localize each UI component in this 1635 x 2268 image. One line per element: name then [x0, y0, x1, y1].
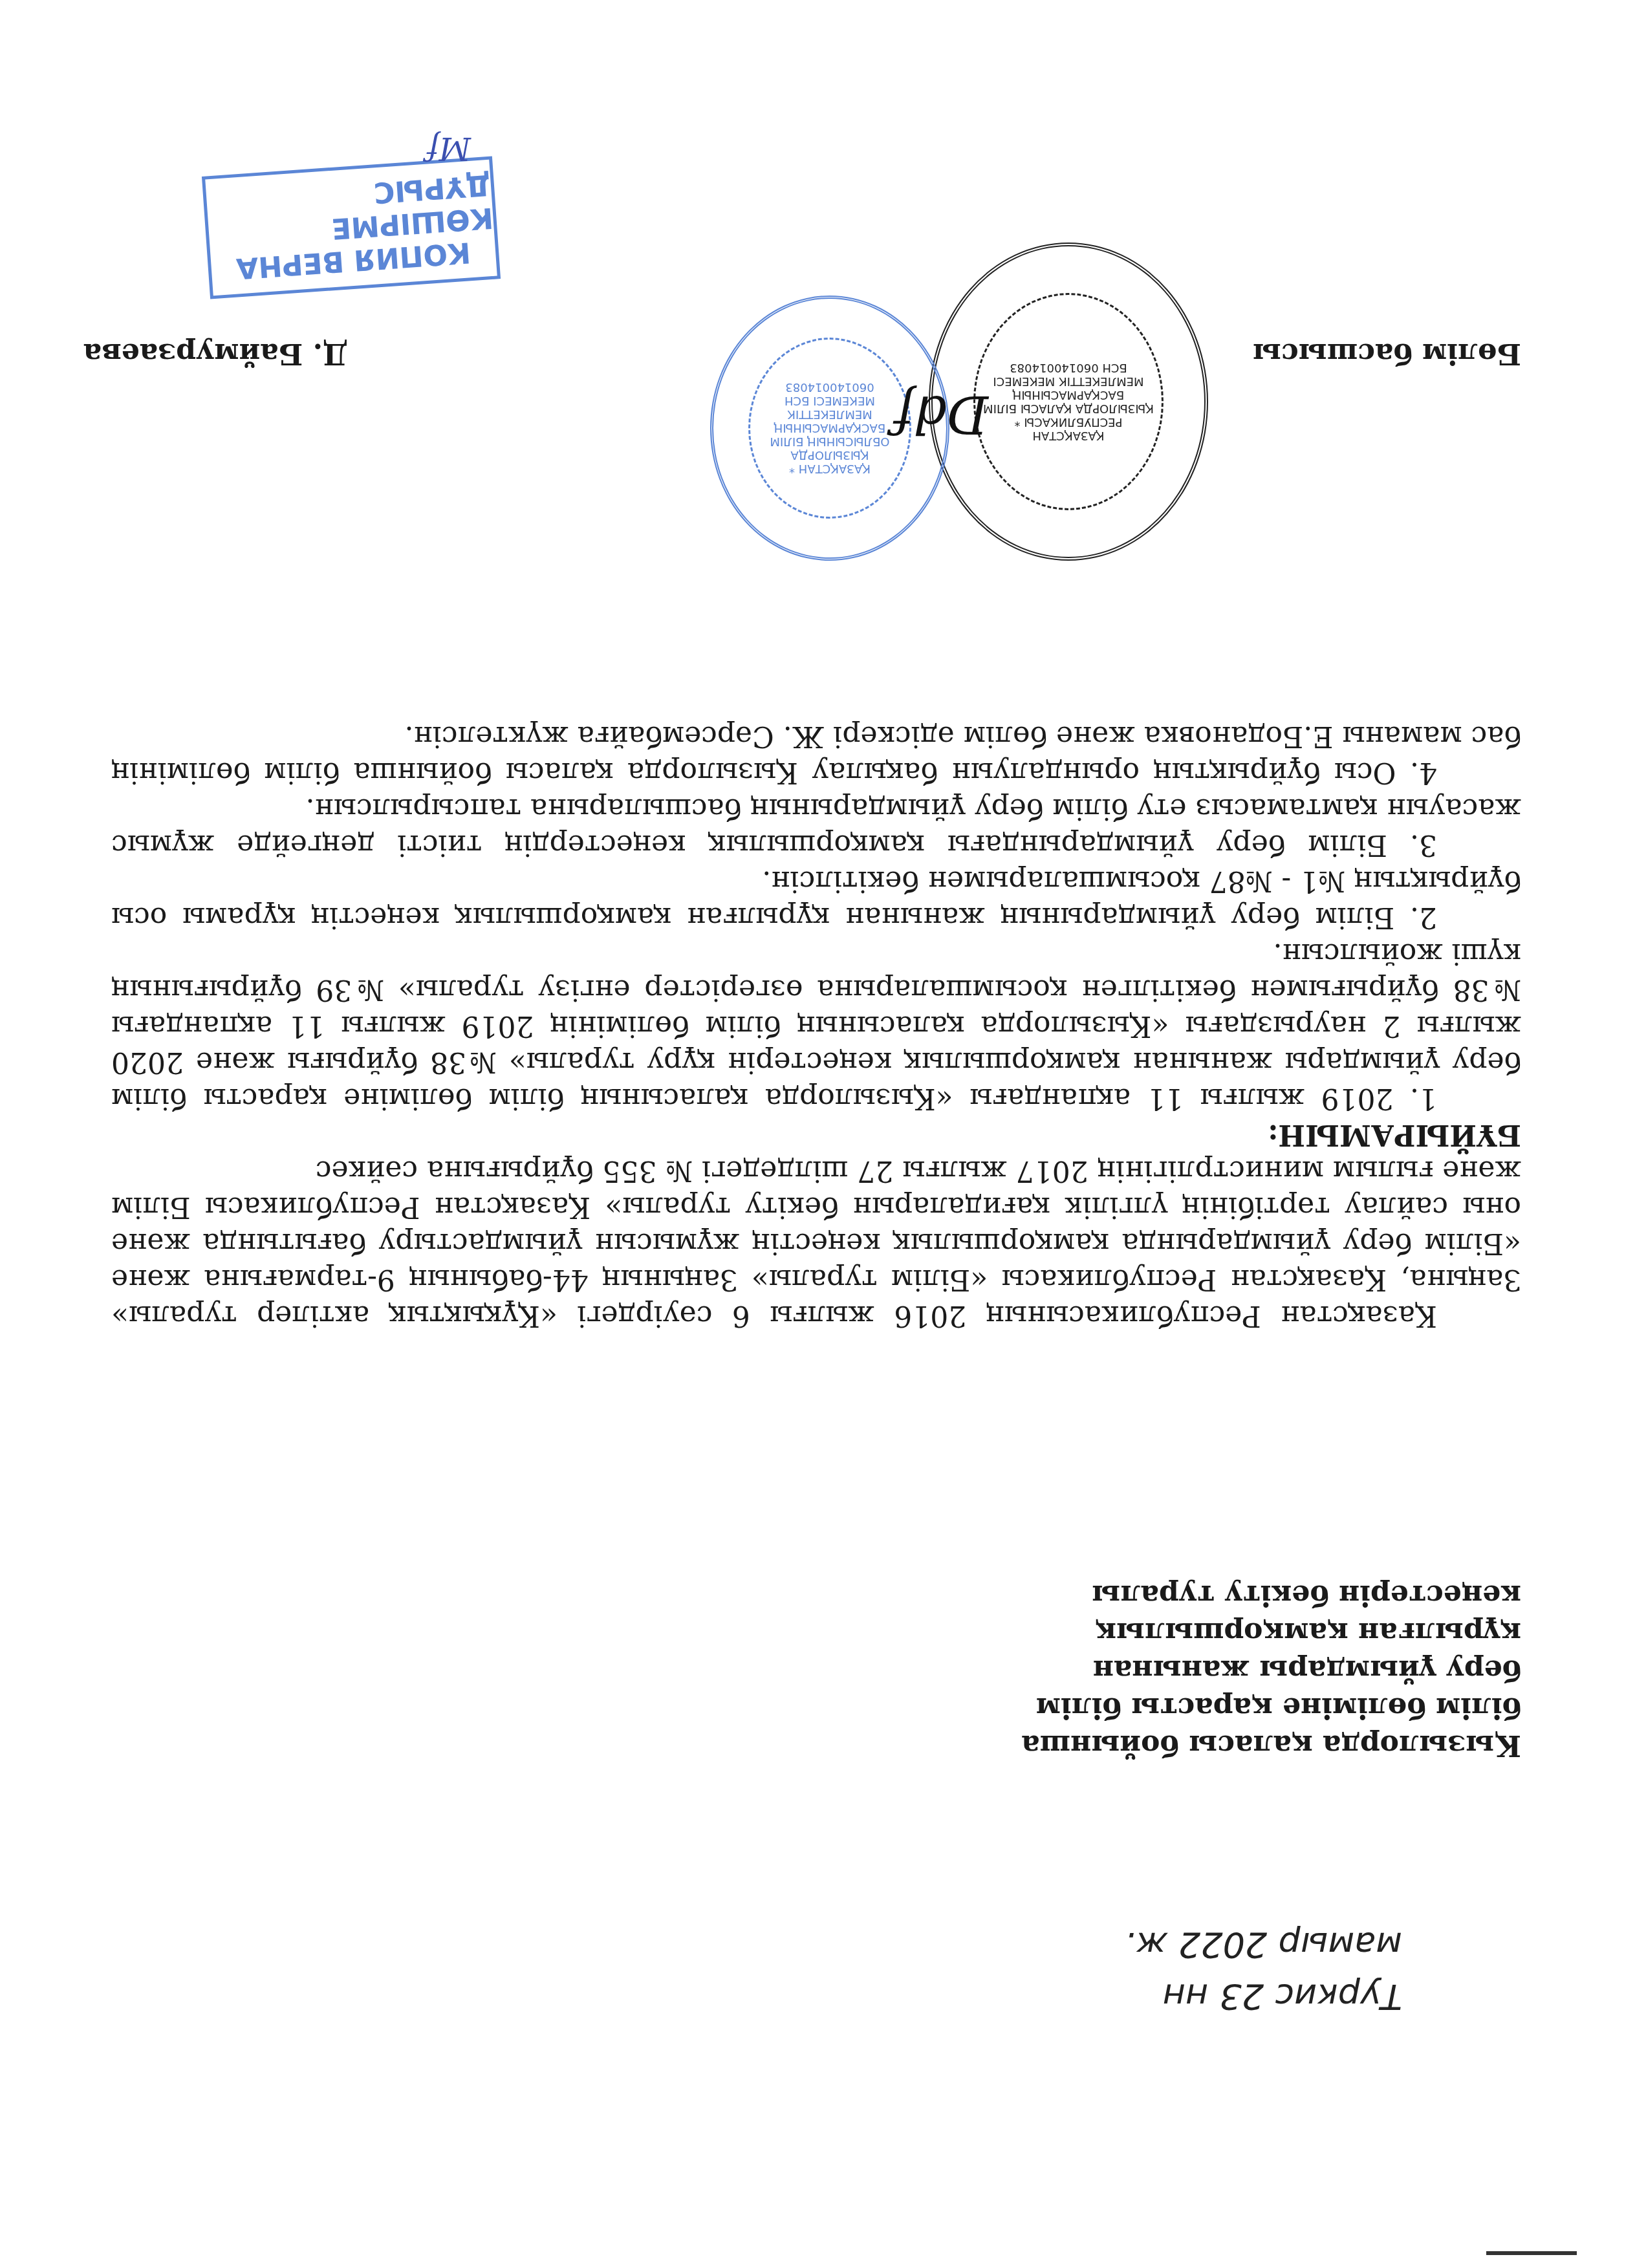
copy-verified-stamp: КОПИЯ ВЕРНА КӨШІРМЕ ДҰРЫС — [202, 157, 501, 299]
document-title: Қызылорда қаласы бойынша білім бөліміне … — [1068, 1576, 1521, 1764]
order-item-2: 2. Білім беру ұйымдарының жанынан құрылғ… — [111, 863, 1521, 935]
signatory-position: Бөлім басшысы — [1253, 337, 1521, 370]
handwritten-note: Туркис 23 нн мамыр 2022 ж. — [949, 1919, 1402, 2022]
seal-text: ҚАЗАҚСТАН РЕСПУБЛИКАСЫ * ҚЫЗЫЛОРДА ҚАЛАС… — [982, 361, 1155, 442]
title-line: білім бөліміне қарасты білім — [1068, 1689, 1521, 1726]
preamble-paragraph: Қазақстан Республикасының 2016 жылғы 6 с… — [111, 1152, 1521, 1334]
scan-edge-mark — [1486, 2251, 1577, 2255]
title-line: кеңестерін бекіту туралы — [1068, 1576, 1521, 1614]
seal-emblem-icon: ҚАЗАҚСТАН РЕСПУБЛИКАСЫ * ҚЫЗЫЛОРДА ҚАЛАС… — [973, 293, 1164, 510]
certifier-signature: Mf — [428, 130, 471, 166]
order-item-1: 1. 2019 жылғы 11 ақпандағы «Қызылорда қа… — [111, 935, 1521, 1116]
title-line: құрылған қамқоршылық — [1068, 1614, 1521, 1651]
title-line: Қызылорда қаласы бойынша — [1068, 1726, 1521, 1764]
handwritten-line-1: Туркис 23 нн — [949, 1971, 1402, 2022]
seal-text: ҚАЗАҚСТАН * ҚЫЗЫЛОРДА ОБЛЫСЫНЫҢ БІЛІМ БА… — [757, 381, 903, 476]
decree-heading: БҰЙЫРАМЫН: — [111, 1116, 1521, 1152]
scanned-document-page: Туркис 23 нн мамыр 2022 ж. Қызылорда қал… — [0, 0, 1635, 2268]
handwritten-signature: Ddf — [894, 384, 988, 444]
handwritten-line-2: мамыр 2022 ж. — [949, 1919, 1402, 1971]
title-line: беру ұйымдары жанынан — [1068, 1651, 1521, 1689]
order-item-4: 4. Осы бұйрықтың орындалуын бақылау Қызы… — [111, 718, 1521, 790]
seal-emblem-icon: ҚАЗАҚСТАН * ҚЫЗЫЛОРДА ОБЛЫСЫНЫҢ БІЛІМ БА… — [748, 338, 911, 519]
order-item-3: 3. Білім беру ұйымдарындағы қамқоршылық … — [111, 790, 1521, 863]
document-body: Қазақстан Республикасының 2016 жылғы 6 с… — [111, 718, 1521, 1334]
signatory-name: Д. Баймурзаева — [83, 337, 348, 370]
